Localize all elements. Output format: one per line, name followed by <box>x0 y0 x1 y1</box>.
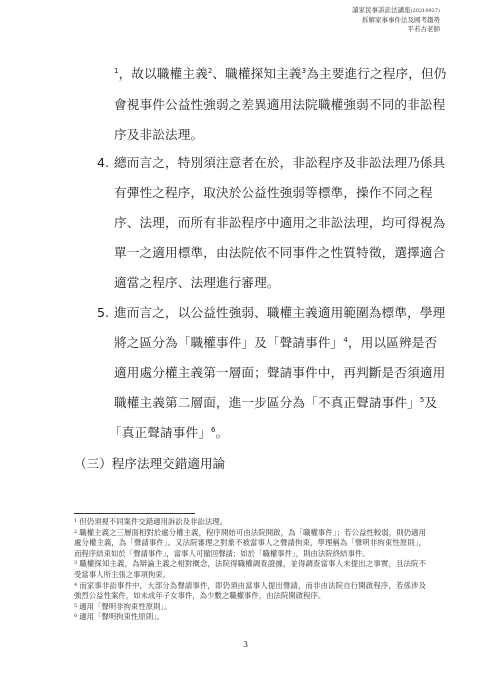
paragraph-line: 適當之程序、法理進行審理。 <box>114 275 280 291</box>
header-course-title: 讀家民事訴訟法講座(20210927) <box>352 6 440 16</box>
section-heading: （三）程序法理交錯適用論 <box>74 456 225 472</box>
header-date: (20210927) <box>411 8 440 14</box>
header-teacher: 平若古老師 <box>352 25 440 34</box>
paragraph-line: 序及非訟法理。 <box>114 127 203 143</box>
paragraph-line: 適用處分權主義第一層面；聲請事件中，再判斷是否須適用 <box>114 365 445 381</box>
page-header: 讀家民事訴訟法講座(20210927) 拆解家事事件法及國考趨勢 平若古老師 <box>352 6 440 34</box>
paragraph-line: 單一之適用標準，由法院依不同事件之性質特徵，選擇適合 <box>114 245 445 261</box>
paragraph-line: 「真正聲請事件」6。 <box>109 425 228 441</box>
header-subtitle: 拆解家事事件法及國考趨勢 <box>352 16 440 25</box>
footnote-6: 6適用「聲明拘束性原則」。 <box>74 612 426 623</box>
paragraph-line: 1，故以職權主義2、職權探知主義3為主要進行之程序，但仍 <box>114 66 446 82</box>
footnotes: 1但仍須視不同案件交錯適用訴訟及非訟法理。 2職權主義之三層面相對於處分權主義，… <box>74 517 426 623</box>
paragraph-line: 序、法理，而所有非訟程序中適用之非訟法理，均可得視為 <box>114 215 445 231</box>
paragraph-line: 總而言之，特別須注意者在於，非訟程序及非訟法理乃係具 <box>114 155 445 171</box>
footnote-2: 2職權主義之三層面相對於處分權主義，程序開始可由法院開啟，為「職權事件」；若公益… <box>74 528 426 560</box>
paragraph-line: 進而言之，以公益性強弱、職權主義適用範圍為標準，學理 <box>114 305 445 321</box>
footnote-4: 4而家事非訟事件中，大部分為聲請事件，即仍須由當事人提出聲請，而非由法院自行開啟… <box>74 581 426 602</box>
list-item-number: 4. <box>97 155 109 171</box>
footnote-3: 3職權探知主義，為辯論主義之相對概念，法院得職權調查證據，並得調查當事人未提出之… <box>74 559 426 580</box>
paragraph-line: 會視事件公益性強弱之差異適用法院職權強弱不同的非訟程 <box>114 97 445 113</box>
paragraph-line: 將之區分為「職權事件」及「聲請事件」4，用以區辨是否 <box>114 335 437 351</box>
footnote-1: 1但仍須視不同案件交錯適用訴訟及非訟法理。 <box>74 517 426 528</box>
page-number: 3 <box>243 640 248 649</box>
paragraph-line: 有彈性之程序，取決於公益性強弱等標準，操作不同之程 <box>114 185 433 201</box>
footnote-separator <box>74 513 195 514</box>
list-item-number: 5. <box>97 305 109 321</box>
footnote-5: 5適用「聲明非拘束性原則」。 <box>74 602 426 613</box>
paragraph-line: 職權主義第二層面，進一步區分為「不真正聲請事件」5及 <box>114 395 437 411</box>
